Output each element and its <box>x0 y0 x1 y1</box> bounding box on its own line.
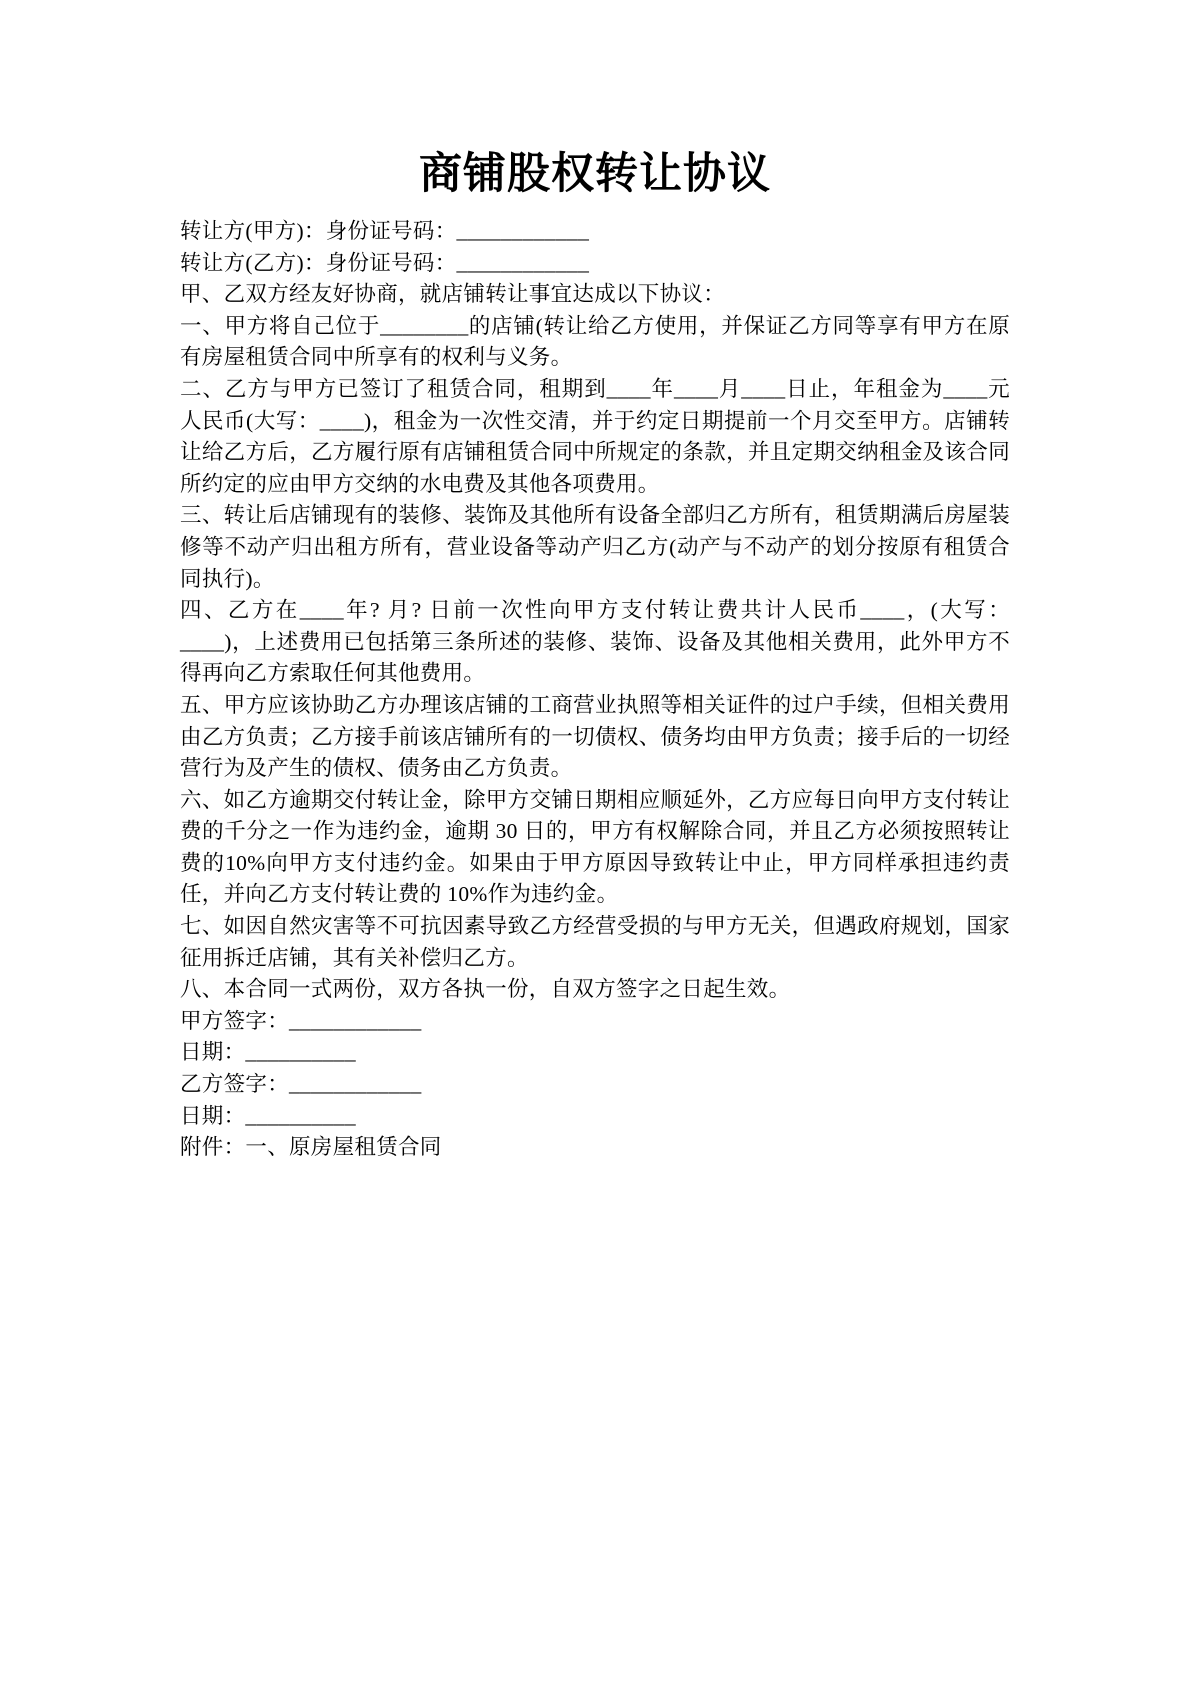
document-body: 转让方(甲方)：身份证号码：____________ 转让方(乙方)：身份证号码… <box>180 216 1010 1164</box>
clause-4: 四、乙方在____年? 月? 日前一次性向甲方支付转让费共计人民币____，(大… <box>180 595 1010 690</box>
clause-7: 七、如因自然灾害等不可抗因素导致乙方经营受损的与甲方无关，但遇政府规划，国家征用… <box>180 911 1010 974</box>
contract-page: 商铺股权转让协议 转让方(甲方)：身份证号码：____________ 转让方(… <box>0 0 1190 1683</box>
clause-8: 八、本合同一式两份，双方各执一份，自双方签字之日起生效。 <box>180 974 1010 1006</box>
line-party-a-signature: 甲方签字：____________ <box>180 1006 1010 1038</box>
line-transferor-party-b: 转让方(乙方)：身份证号码：____________ <box>180 248 1010 280</box>
line-party-b-date: 日期：__________ <box>180 1101 1010 1133</box>
clause-2: 二、乙方与甲方已签订了租赁合同，租期到____年____月____日止，年租金为… <box>180 374 1010 500</box>
line-party-a-date: 日期：__________ <box>180 1037 1010 1069</box>
line-preamble: 甲、乙双方经友好协商，就店铺转让事宜达成以下协议： <box>180 279 1010 311</box>
clause-1: 一、甲方将自己位于________的店铺(转让给乙方使用，并保证乙方同等享有甲方… <box>180 311 1010 374</box>
line-party-b-signature: 乙方签字：____________ <box>180 1069 1010 1101</box>
line-attachment: 附件：一、原房屋租赁合同 <box>180 1132 1010 1164</box>
clause-5: 五、甲方应该协助乙方办理该店铺的工商营业执照等相关证件的过户手续，但相关费用由乙… <box>180 690 1010 785</box>
document-title: 商铺股权转让协议 <box>180 148 1010 202</box>
clause-6: 六、如乙方逾期交付转让金，除甲方交铺日期相应顺延外，乙方应每日向甲方支付转让费的… <box>180 785 1010 911</box>
clause-3: 三、转让后店铺现有的装修、装饰及其他所有设备全部归乙方所有，租赁期满后房屋装修等… <box>180 500 1010 595</box>
line-transferor-party-a: 转让方(甲方)：身份证号码：____________ <box>180 216 1010 248</box>
